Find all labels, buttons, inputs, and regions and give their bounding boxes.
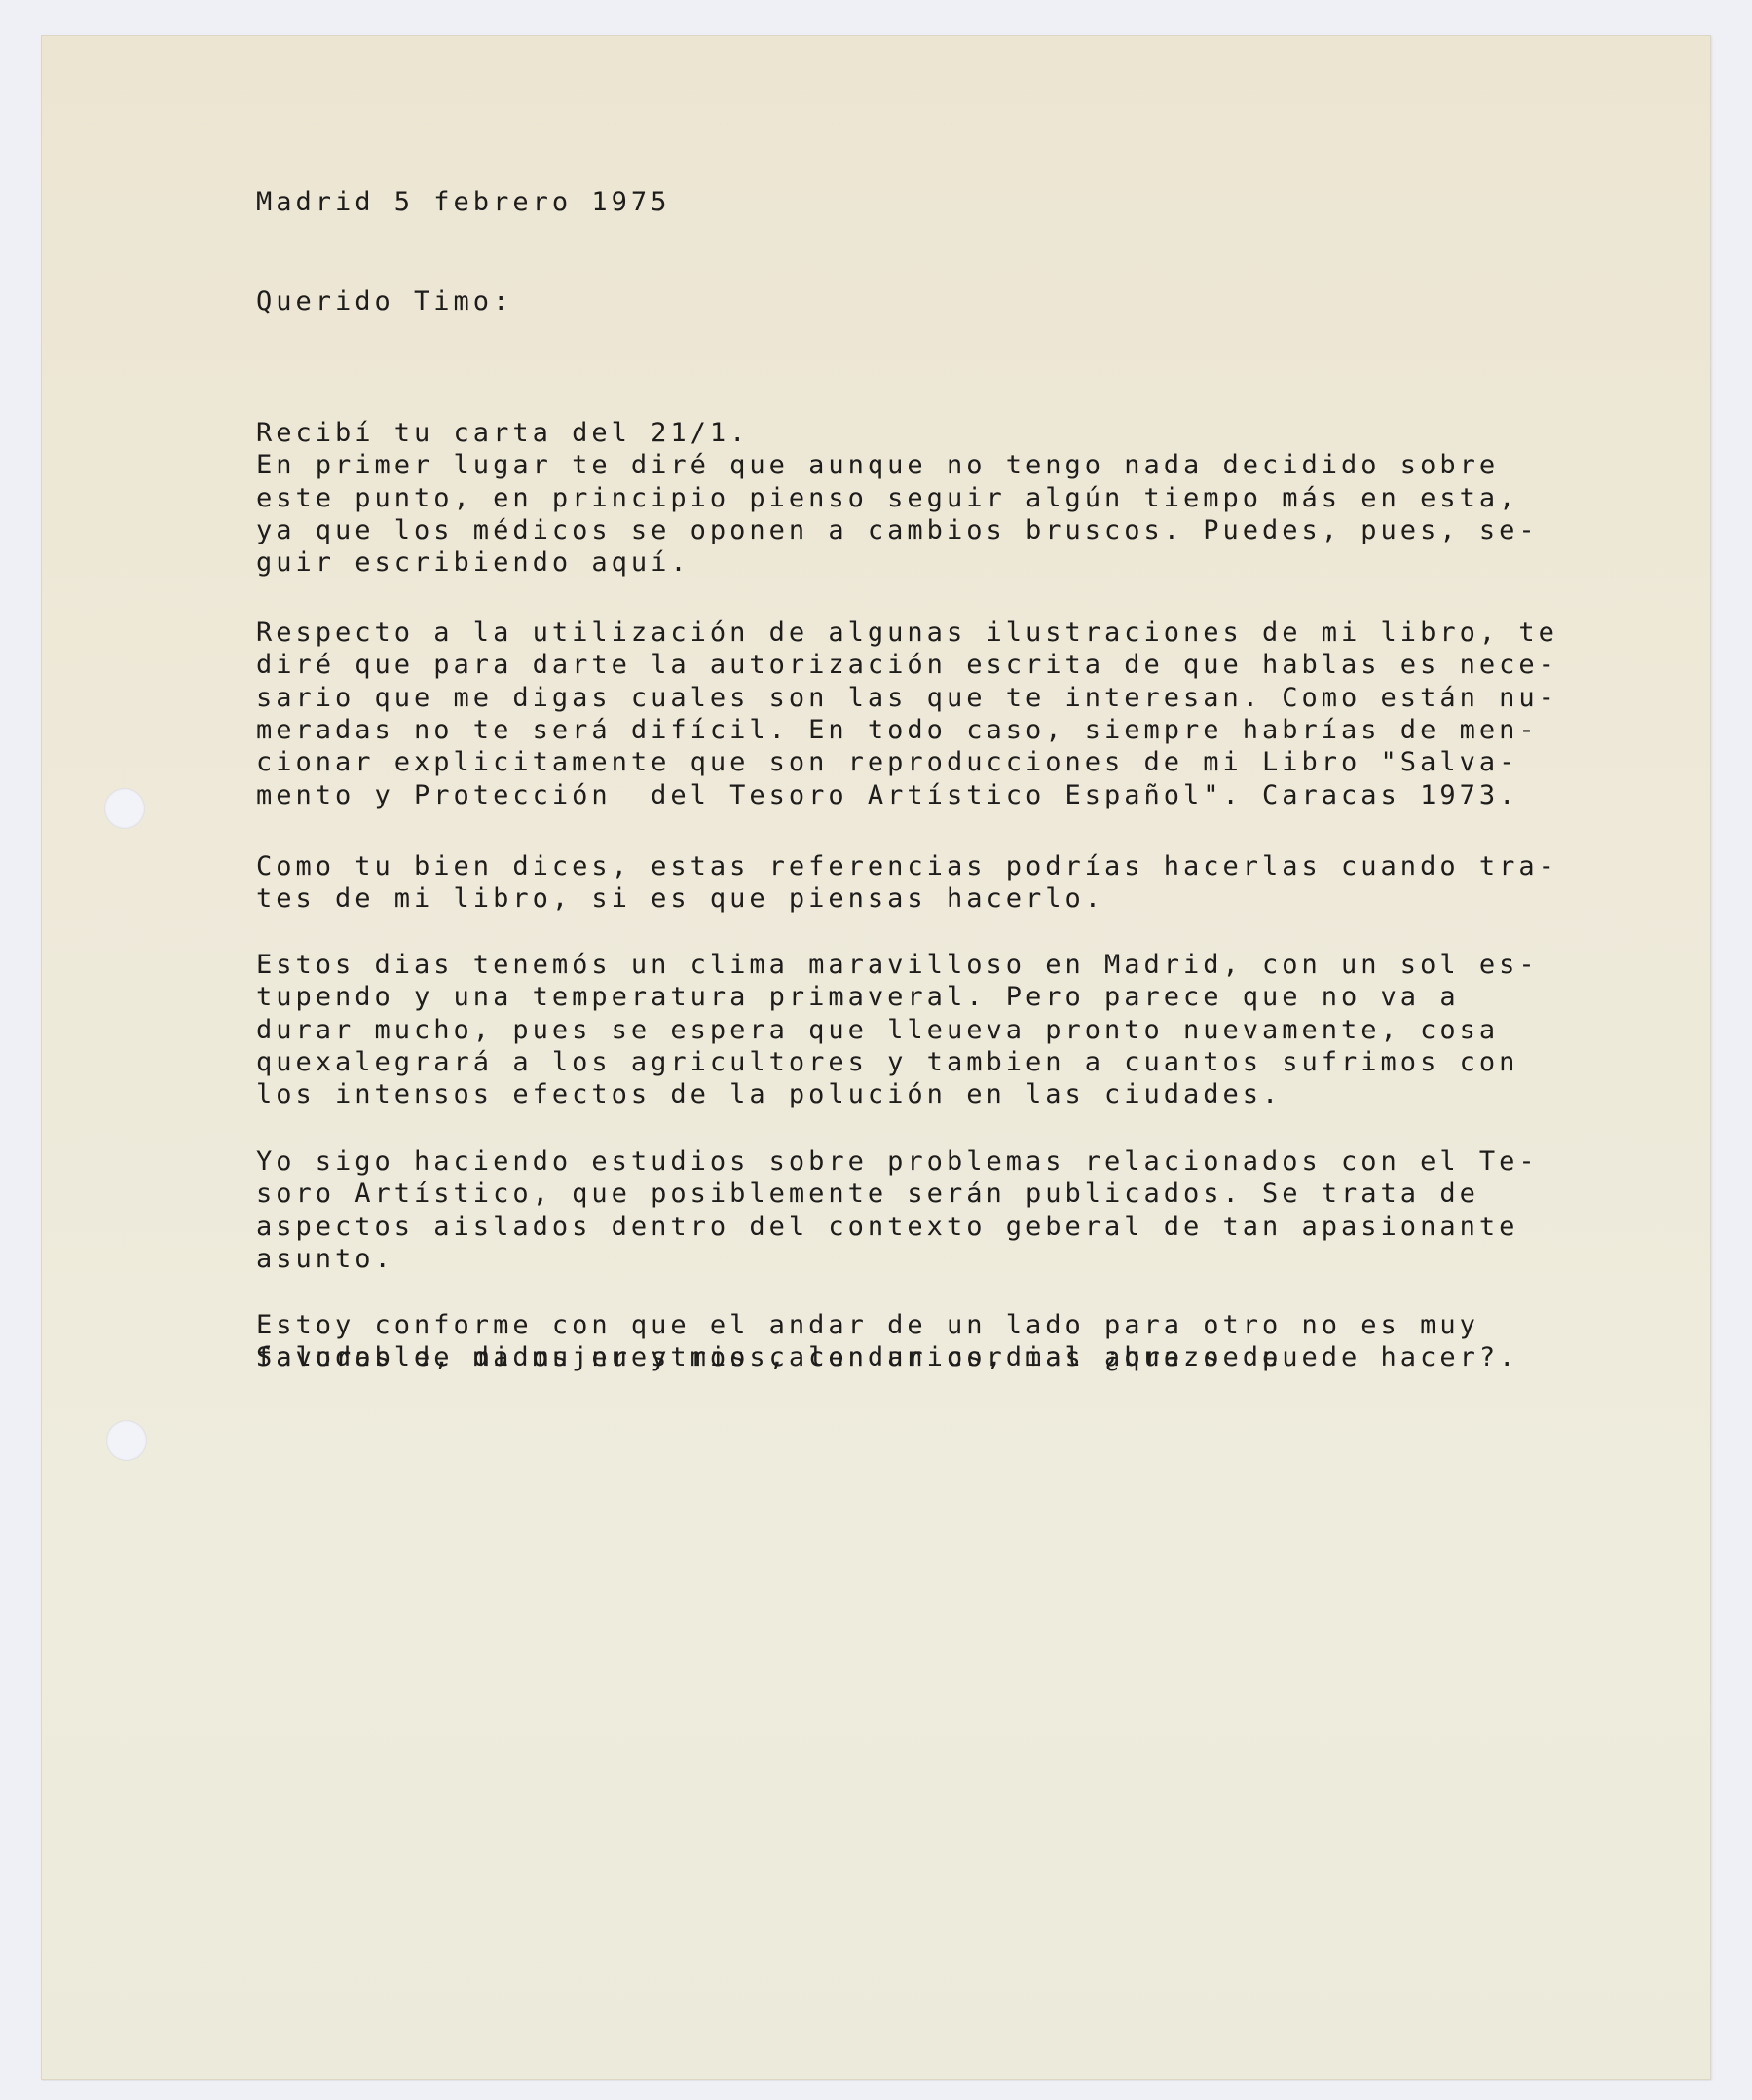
closing: Saludos de mi mujer y mios, con un cordi… xyxy=(256,1341,1282,1373)
text-line: Respecto a la utilización de algunas ilu… xyxy=(256,617,1558,649)
text-line: Estos dias tenemós un clima maravilloso … xyxy=(256,949,1539,981)
text-line: meradas no te será difícil. En todo caso… xyxy=(256,714,1558,746)
text-line: este punto, en principio pienso seguir a… xyxy=(256,482,1539,514)
text-line: ya que los médicos se oponen a cambios b… xyxy=(256,514,1539,546)
text-line: sario que me digas cuales son las que te… xyxy=(256,682,1558,714)
punch-hole xyxy=(104,788,145,829)
salutation: Querido Timo: xyxy=(256,285,512,318)
paragraph-6: Estoy conforme con que el andar de un la… xyxy=(256,1244,1518,1406)
text-line: durar mucho, pues se espera que lleueva … xyxy=(256,1014,1539,1046)
text-line: Como tu bien dices, estas referencias po… xyxy=(256,850,1558,882)
text-line: tupendo y una temperatura primaveral. Pe… xyxy=(256,981,1539,1013)
text-line: diré que para darte la autorización escr… xyxy=(256,649,1558,681)
text-line: Estoy conforme con que el andar de un la… xyxy=(256,1309,1518,1341)
text-line: Recibí tu carta del 21/1. xyxy=(256,417,1539,449)
text-line: cionar explicitamente que son reproducci… xyxy=(256,746,1558,778)
text-line: aspectos aislados dentro del contexto ge… xyxy=(256,1211,1539,1243)
text-line: Yo sigo haciendo estudios sobre problema… xyxy=(256,1145,1539,1178)
punch-hole xyxy=(106,1420,147,1461)
text-line: quexalegrará a los agricultores y tambie… xyxy=(256,1046,1539,1078)
text-line: soro Artístico, que posiblemente serán p… xyxy=(256,1178,1539,1210)
text-line: En primer lugar te diré que aunque no te… xyxy=(256,449,1539,481)
dateline: Madrid 5 febrero 1975 xyxy=(256,186,670,218)
